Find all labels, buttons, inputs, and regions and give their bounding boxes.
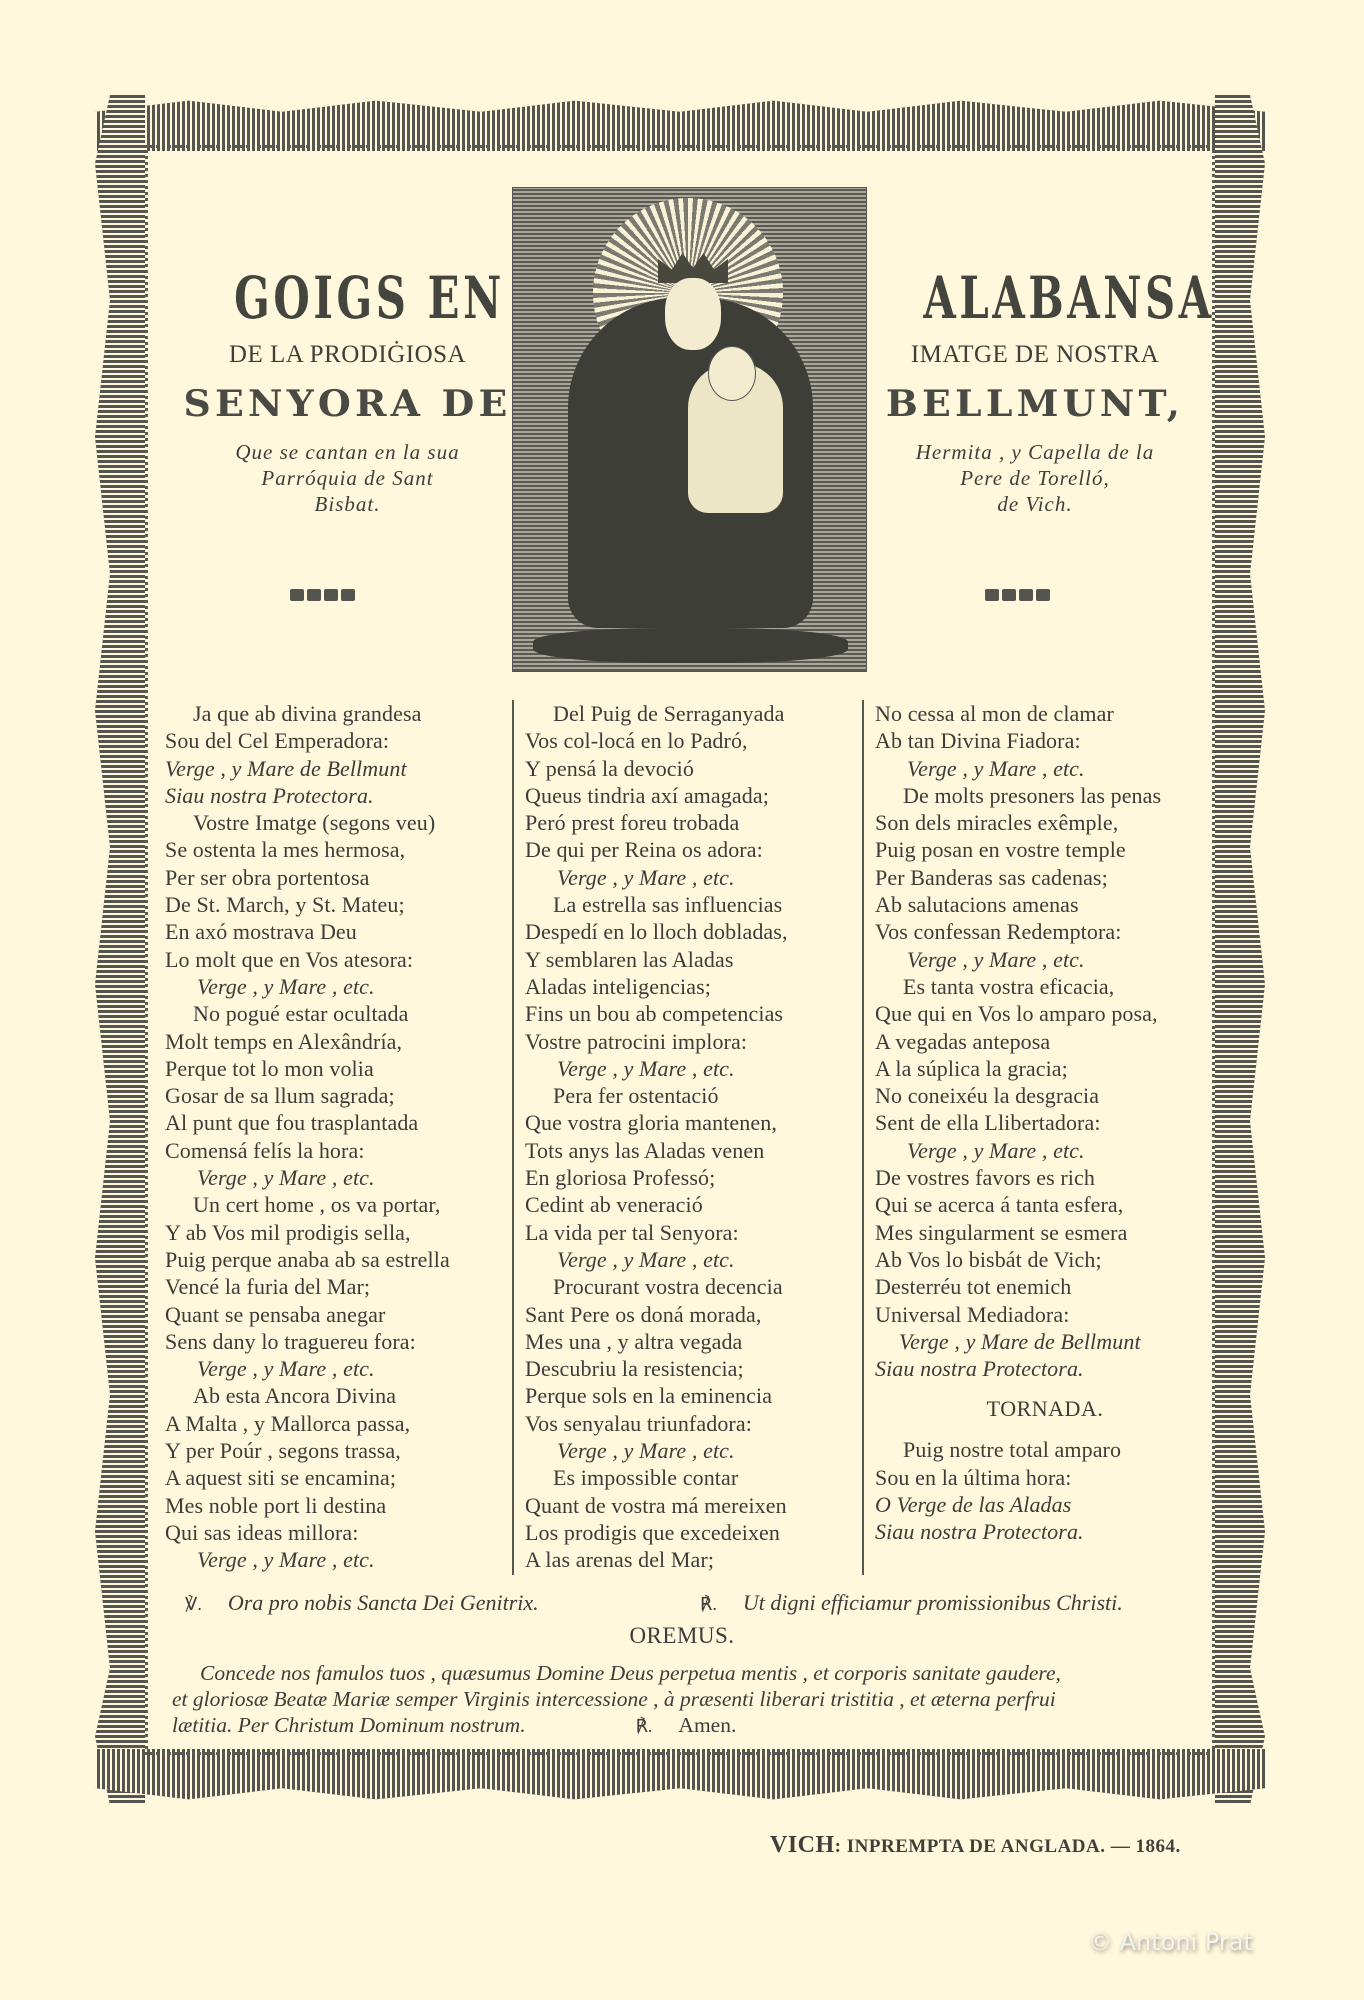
verse-line: Vos confessan Redemptora: (875, 918, 1215, 945)
fleuron-ornament-icon (985, 588, 1065, 602)
refrain-line: Verge , y Mare , etc. (165, 973, 510, 1000)
verse-column-2: Del Puig de SerraganyadaVos col-locá en … (525, 700, 865, 1574)
refrain-line: Verge , y Mare , etc. (875, 755, 1215, 782)
verse-line: Puig posan en vostre temple (875, 836, 1215, 863)
verse-line: Ab Vos lo bisbát de Vich; (875, 1246, 1215, 1273)
response-symbol: ℟. (700, 1594, 717, 1614)
verses-section: Ja que ab divina grandesaSou del Cel Emp… (160, 700, 1200, 1575)
subtitle-prodigiosa: DE LA PRODIĠIOSA (190, 341, 505, 369)
verse-line: Sant Pere os doná morada, (525, 1301, 865, 1328)
verse-line: Gosar de sa llum sagrada; (165, 1082, 510, 1109)
verse-line: A aquest siti se encamina; (165, 1464, 510, 1491)
verse-line: La vida per tal Senyora: (525, 1219, 865, 1246)
title-alabansa: ALABANSA (923, 265, 1146, 331)
verse-line: Vostre patrocini implora: (525, 1028, 865, 1055)
verse-line: De St. March, y St. Mateu; (165, 891, 510, 918)
verse-line: Tots anys las Aladas venen (525, 1137, 865, 1164)
versicle-text: Ora pro nobis Sancta Dei Genitrix. (228, 1590, 539, 1615)
verse-line: Mes singularment se esmera (875, 1219, 1215, 1246)
verse-line: Cedint ab veneració (525, 1191, 865, 1218)
refrain-line: Verge , y Mare , etc. (165, 1164, 510, 1191)
border-right-ornament (1215, 95, 1265, 1805)
verse-line: No cessa al mon de clamar (875, 700, 1215, 727)
verse-line: Sens dany lo traguereu fora: (165, 1328, 510, 1355)
refrain-line: Verge , y Mare , etc. (165, 1355, 510, 1382)
verse-line: Sent de ella Llibertadora: (875, 1109, 1215, 1136)
verse-line: Y pensá la devoció (525, 755, 865, 782)
versicle: ℣.Ora pro nobis Sancta Dei Genitrix. (185, 1590, 539, 1616)
prayer-line: Concede nos famulos tuos , quæsumus Domi… (172, 1660, 1212, 1686)
amen-text: Amen. (678, 1713, 736, 1737)
printer-imprint: VICH: INPREMPTA DE ANGLADA. — 1864. (770, 1832, 1181, 1859)
verse-line: Puig nostre total amparo (875, 1436, 1215, 1463)
verse-line: Desterréu tot enemich (875, 1273, 1215, 1300)
verse-line: Qui sas ideas millora: (165, 1519, 510, 1546)
verse-line: Per Banderas sas cadenas; (875, 864, 1215, 891)
madonna-woodcut-image (512, 187, 867, 672)
verse-line: Mes una , y altra vegada (525, 1328, 865, 1355)
oremus-heading: OREMUS. (0, 1623, 1364, 1649)
verse-line: Qui se acerca á tanta esfera, (875, 1191, 1215, 1218)
refrain-line: Verge , y Mare , etc. (525, 864, 865, 891)
refrain-line: Siau nostra Protectora. (165, 782, 510, 809)
verse-line: Se ostenta la mes hermosa, (165, 836, 510, 863)
verse-line: Del Puig de Serraganyada (525, 700, 865, 727)
verse-line: Y ab Vos mil prodigis sella, (165, 1219, 510, 1246)
verse-column-1: Ja que ab divina grandesaSou del Cel Emp… (165, 700, 510, 1574)
border-bottom-ornament (95, 1749, 1265, 1805)
verse-line: Per ser obra portentosa (165, 864, 510, 891)
verse-line: A vegadas anteposa (875, 1028, 1215, 1055)
header-left-italic-line: Bisbat. (190, 491, 505, 517)
verse-line: Vencé la furia del Mar; (165, 1273, 510, 1300)
verse-line: Lo molt que en Vos atesora: (165, 946, 510, 973)
tornada-heading: TORNADA. (875, 1396, 1215, 1422)
header-right-italic: Hermita , y Capella de la Pere de Torell… (880, 439, 1190, 517)
response-text: Ut digni efficiamur promissionibus Chris… (743, 1590, 1123, 1615)
title-bellmunt: BELLMUNT, (872, 383, 1198, 425)
versicle-symbol: ℣. (185, 1594, 202, 1614)
refrain-line: Verge , y Mare , etc. (525, 1437, 865, 1464)
verse-line: A la súplica la gracia; (875, 1055, 1215, 1082)
verse-line: En gloriosa Professó; (525, 1164, 865, 1191)
verse-line: Perque tot lo mon volia (165, 1055, 510, 1082)
verse-line: Pera fer ostentació (525, 1082, 865, 1109)
verse-line: Al punt que fou trasplantada (165, 1109, 510, 1136)
verse-line: Despedí en lo lloch dobladas, (525, 918, 865, 945)
imprint-place: VICH (770, 1832, 835, 1858)
verse-line: Vos senyalau triunfadora: (525, 1410, 865, 1437)
throne-base (533, 628, 848, 663)
refrain-line: Verge , y Mare , etc. (525, 1246, 865, 1273)
verse-line: Mes noble port li destina (165, 1492, 510, 1519)
header-left: GOIGS EN DE LA PRODIĠIOSA SENYORA DE Que… (190, 265, 505, 517)
header-right-italic-line: Pere de Torelló, (880, 465, 1190, 491)
title-goigs-en: GOIGS EN (234, 265, 461, 331)
imprint-printer: : INPREMPTA DE ANGLADA. — 1864. (835, 1836, 1181, 1857)
verse-line: Y per Poúr , segons trassa, (165, 1437, 510, 1464)
border-top-ornament (95, 95, 1265, 151)
verse-line: La estrella sas influencias (525, 891, 865, 918)
response: ℟.Ut digni efficiamur promissionibus Chr… (700, 1590, 1123, 1616)
verse-line: Ab salutacions amenas (875, 891, 1215, 918)
verse-line: Y semblaren las Aladas (525, 946, 865, 973)
verse-column-3-lines: No cessa al mon de clamarAb tan Divina F… (875, 700, 1215, 1382)
prayer-line: lætitia. Per Christum Dominum nostrum. (172, 1713, 526, 1737)
header-left-italic-line: Parróquia de Sant (190, 465, 505, 491)
refrain-line: Verge , y Mare , etc. (165, 1546, 510, 1573)
refrain-line: O Verge de las Aladas (875, 1491, 1215, 1518)
header-right: ALABANSA IMATGE DE NOSTRA BELLMUNT, Herm… (880, 265, 1190, 517)
verse-line: Ja que ab divina grandesa (165, 700, 510, 727)
tornada-lines: Puig nostre total amparoSou en la última… (875, 1436, 1215, 1545)
verse-line: Fins un bou ab competencias (525, 1000, 865, 1027)
verse-line: De molts presoners las penas (875, 782, 1215, 809)
refrain-line: Verge , y Mare , etc. (875, 1137, 1215, 1164)
verse-line: No coneixéu la desgracia (875, 1082, 1215, 1109)
prayer-line-last: lætitia. Per Christum Dominum nostrum.℟.… (172, 1712, 1212, 1739)
verse-column-3: No cessa al mon de clamarAb tan Divina F… (875, 700, 1215, 1546)
verse-line: A las arenas del Mar; (525, 1546, 865, 1573)
verse-line: Ab esta Ancora Divina (165, 1382, 510, 1409)
verse-line: Comensá felís la hora: (165, 1137, 510, 1164)
refrain-line: Verge , y Mare de Bellmunt (165, 755, 510, 782)
verse-line: Sou del Cel Emperadora: (165, 727, 510, 754)
header-right-italic-line: de Vich. (880, 491, 1190, 517)
verse-line: Peró prest foreu trobada (525, 809, 865, 836)
verse-line: A Malta , y Mallorca passa, (165, 1410, 510, 1437)
verse-line: Ab tan Divina Fiadora: (875, 727, 1215, 754)
column-divider (512, 700, 514, 1575)
verse-line: Descubriu la resistencia; (525, 1355, 865, 1382)
verse-line: Son dels miracles exêmple, (875, 809, 1215, 836)
verse-line: Vos col-locá en lo Padró, (525, 727, 865, 754)
verse-line: Es tanta vostra eficacia, (875, 973, 1215, 1000)
refrain-line: Siau nostra Protectora. (875, 1518, 1215, 1545)
fleuron-ornament-icon (290, 588, 370, 602)
copyright-watermark: © Antoni Prat (1088, 1928, 1253, 1956)
verse-line: Aladas inteligencias; (525, 973, 865, 1000)
verse-line: De vostres favors es rich (875, 1164, 1215, 1191)
subtitle-imatge: IMATGE DE NOSTRA (880, 341, 1190, 369)
verse-line: Universal Mediadora: (875, 1301, 1215, 1328)
verse-line: Los prodigis que excedeixen (525, 1519, 865, 1546)
amen-symbol: ℟. (636, 1716, 653, 1736)
verse-line: En axó mostrava Deu (165, 918, 510, 945)
verse-line: Puig perque anaba ab sa estrella (165, 1246, 510, 1273)
verse-line: Perque sols en la eminencia (525, 1382, 865, 1409)
refrain-line: Verge , y Mare , etc. (875, 946, 1215, 973)
verse-line: Sou en la última hora: (875, 1464, 1215, 1491)
refrain-line: Verge , y Mare , etc. (525, 1055, 865, 1082)
verse-line: Quant de vostra má mereixen (525, 1492, 865, 1519)
header-left-italic: Que se cantan en la sua Parróquia de San… (190, 439, 505, 517)
verse-line: No pogué estar ocultada (165, 1000, 510, 1027)
verse-line: Es impossible contar (525, 1464, 865, 1491)
refrain-line: Verge , y Mare de Bellmunt (875, 1328, 1215, 1355)
virgin-face (665, 278, 721, 350)
verse-line: Vostre Imatge (segons veu) (165, 809, 510, 836)
verse-line: Queus tindria axí amagada; (525, 782, 865, 809)
verse-line: Que vostra gloria mantenen, (525, 1109, 865, 1136)
verse-line: De qui per Reina os adora: (525, 836, 865, 863)
child-face (708, 346, 756, 401)
verse-line: Quant se pensaba anegar (165, 1301, 510, 1328)
prayer-line: et gloriosæ Beatæ Mariæ semper Virginis … (172, 1686, 1212, 1712)
column-divider (862, 700, 864, 1575)
refrain-line: Siau nostra Protectora. (875, 1355, 1215, 1382)
verse-line: Un cert home , os va portar, (165, 1191, 510, 1218)
verse-line: Procurant vostra decencia (525, 1273, 865, 1300)
verse-line: Que qui en Vos lo amparo posa, (875, 1000, 1215, 1027)
border-left-ornament (95, 95, 145, 1805)
verse-line: Molt temps en Alexândría, (165, 1028, 510, 1055)
header-left-italic-line: Que se cantan en la sua (190, 439, 505, 465)
prayer-text: Concede nos famulos tuos , quæsumus Domi… (172, 1660, 1212, 1739)
header-right-italic-line: Hermita , y Capella de la (880, 439, 1190, 465)
title-senyora-de: SENYORA DE (182, 383, 513, 425)
